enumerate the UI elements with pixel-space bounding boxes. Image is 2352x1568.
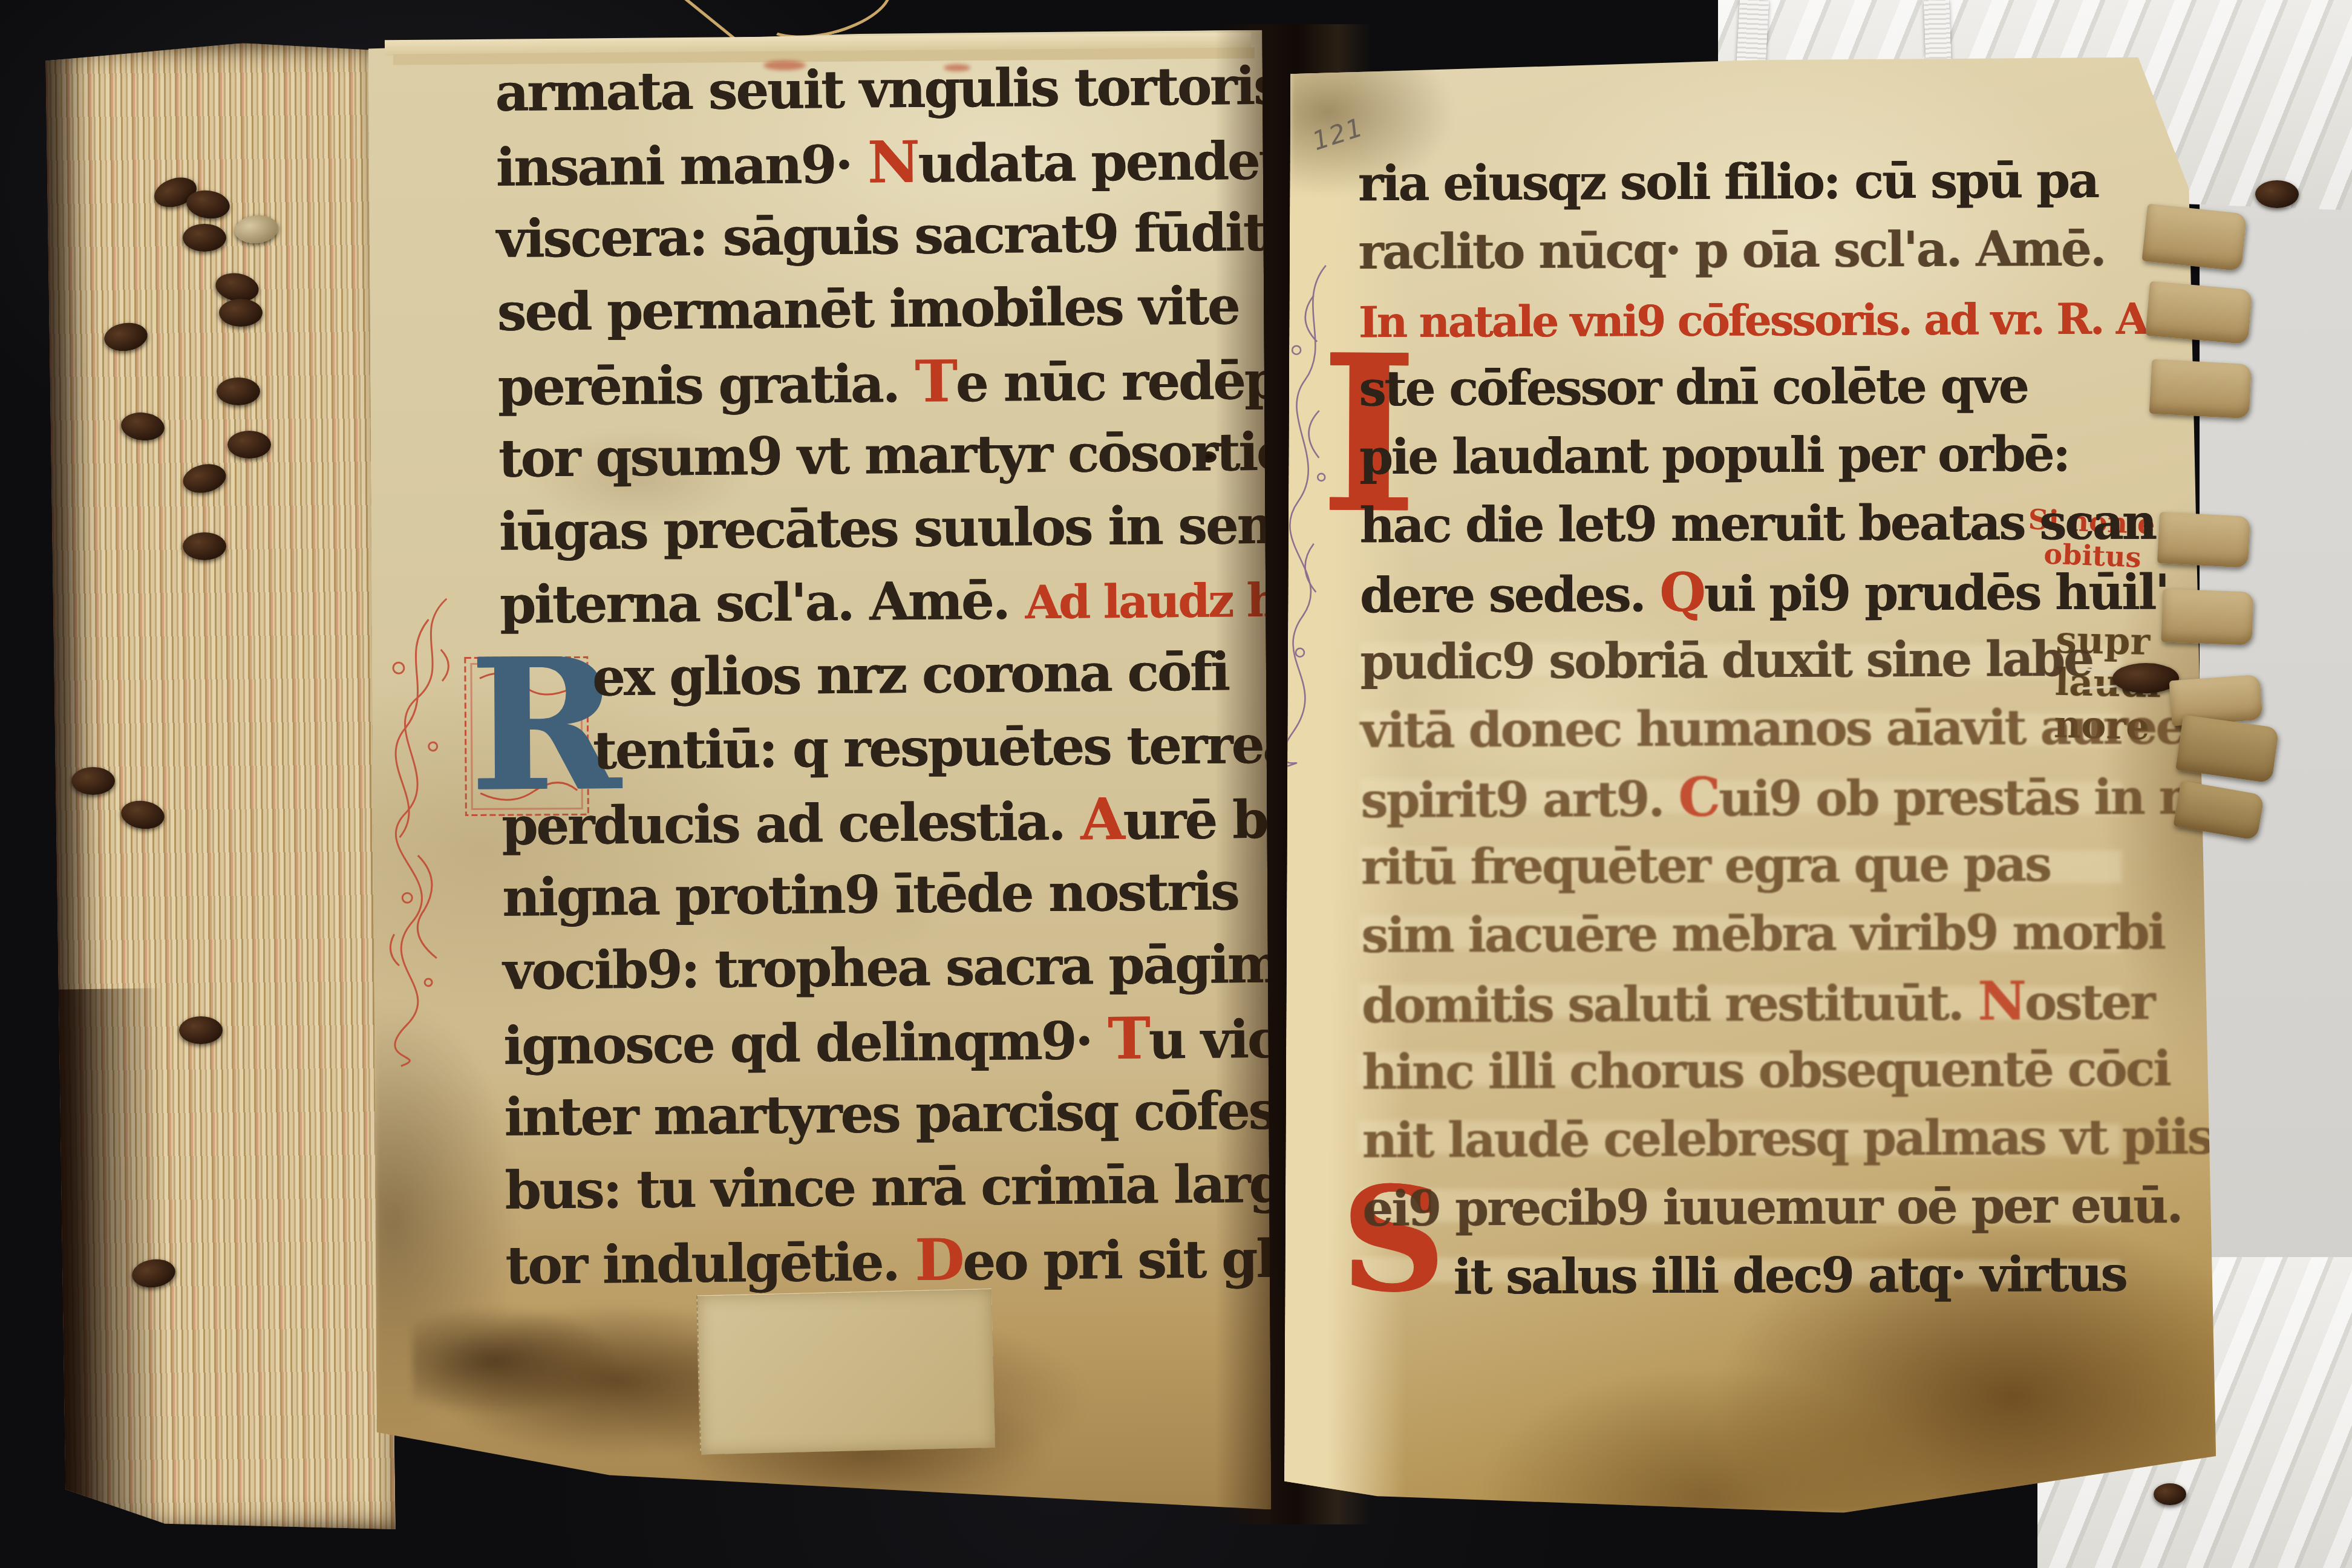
line-text: pie laudant populi per orbē:	[1359, 425, 2069, 485]
line-text: tentiū: q respuētes terrea	[593, 714, 1295, 781]
line-text: ritū frequēter egra que pas	[1361, 835, 2051, 895]
rubricated-initial: N	[867, 129, 918, 197]
text-line: sim iacuēre mēbra virib9 morbi	[1361, 898, 2166, 970]
line-pre: domitis saluti restituūt.	[1362, 975, 1978, 1034]
text-line: hac die let9 meruit beatas scan	[1359, 488, 2164, 560]
line-text: nit laudē celebresq palmas vt piis	[1362, 1108, 2213, 1169]
rubricated-initial: A	[1080, 786, 1123, 854]
red-edge-stain	[763, 60, 806, 70]
line-text: tor qsum9 vt martyr cōsortio:	[498, 421, 1307, 489]
line-pre: dere sedes.	[1360, 566, 1660, 624]
text-line: nit laudē celebresq palmas vt piis	[1362, 1103, 2166, 1175]
text-line: ignosce qd delinqm9· Tu vicis	[503, 1001, 1248, 1081]
leather-knot-tab	[183, 532, 226, 560]
line-text: sim iacuēre mēbra virib9 morbi	[1361, 903, 2164, 964]
text-line: pie laudant populi per orbē:	[1359, 419, 2164, 491]
text-line: insani man9· Nudata pendet	[495, 123, 1240, 203]
leather-knot-tab	[71, 767, 115, 795]
text-line: sed permanēt imobiles vite	[497, 269, 1241, 349]
line-text: nigna protin9 ītēde nostris	[502, 861, 1238, 929]
line-pre: ignosce qd delinqm9·	[503, 1010, 1108, 1077]
red-penwork-filigree	[374, 595, 469, 1068]
right-text-block: ria eiusqz soli filio: cū spū pa raclito…	[1358, 146, 2167, 1312]
line-text: vitā donec humanos aīavit auree	[1361, 698, 2185, 759]
index-tab	[2141, 204, 2247, 272]
line-text: ei9 precib9 iuuemur oē per euū.	[1362, 1177, 2181, 1237]
leather-knot-tab	[183, 224, 226, 252]
line-text: hinc illi chorus obsequentē cōci	[1362, 1040, 2170, 1100]
text-line: piterna scl'a. Amē. Ad laudz hy9·	[499, 562, 1244, 642]
line-text: raclito nūcq· p oīa scl'a. Amē.	[1358, 220, 2105, 280]
line-pre: perducis ad celestia.	[501, 791, 1081, 857]
leather-knot-tab	[2154, 1483, 2186, 1505]
line-text: pudic9 sobriā duxit sine labe	[1360, 630, 2092, 690]
line-text: ex glios nrz corona cōfi	[592, 641, 1229, 708]
left-text-block: armata seuit vngulis tortoris insani man…	[495, 50, 1250, 1301]
red-edge-stain	[944, 64, 970, 71]
text-line: domitis saluti restituūt. Noster	[1361, 966, 2166, 1038]
text-line: iūgas precātes suulos in sem	[498, 489, 1243, 569]
text-line: inter martyres parcisq cōfessori	[504, 1074, 1249, 1154]
text-line: spirit9 art9. Cui9 ob prestās in me	[1361, 761, 2165, 833]
line-pre: insani man9·	[495, 134, 867, 198]
text-line: vocib9: trophea sacra pāgim9:	[503, 928, 1247, 1008]
text-line: ex glios nrz corona cōfi	[500, 635, 1245, 715]
text-line: ritū frequēter egra que pas	[1361, 829, 2166, 901]
text-line: ei9 precib9 iuuemur oē per euū.	[1362, 1171, 2167, 1243]
text-line: it salus illi dec9 atq· virtus	[1362, 1240, 2167, 1312]
line-text: iūgas precātes suulos in sem	[498, 494, 1290, 562]
text-line: perēnis gratia. Te nūc redēp	[497, 342, 1242, 422]
leather-knot-tab	[219, 299, 263, 327]
leather-knot-tab	[179, 1016, 223, 1044]
line-text: ste cōfessor dnī colēte qve	[1359, 357, 2028, 417]
rubricated-initial: N	[1978, 969, 2025, 1032]
text-line: viscera: sāguis sacrat9 fūdit:	[496, 196, 1241, 276]
text-line: hinc illi chorus obsequentē cōci	[1362, 1034, 2166, 1106]
index-tab	[2149, 359, 2252, 419]
rubricated-initial: C	[1678, 766, 1719, 829]
line-pre: tor indulgētie.	[505, 1232, 915, 1296]
repair-patch	[696, 1289, 995, 1454]
text-line: pudic9 sobriā duxit sine labe	[1360, 624, 2164, 696]
rubricated-initial: T	[915, 348, 956, 416]
rubricated-initial: T	[1108, 1005, 1149, 1073]
line-text: vocib9: trophea sacra pāgim9:	[503, 933, 1333, 1002]
text-line: tor indulgētie. Deo pri sit glo	[505, 1221, 1250, 1301]
line-text: ui9 ob prestās in me	[1719, 768, 2237, 828]
manuscript-photo: R armata seuit vngulis tortoris insani m…	[0, 0, 2352, 1568]
index-tab	[2145, 281, 2252, 344]
text-line: ste cōfessor dnī colēte qve	[1359, 351, 2163, 423]
text-line: In natale vni9 cōfessoris. ad vr. R. A. …	[1359, 283, 2163, 354]
line-text: ria eiusqz soli filio: cū spū pa	[1358, 152, 2098, 212]
line-text: armata seuit vngulis tortoris	[495, 56, 1281, 123]
text-line: tor qsum9 vt martyr cōsortio:	[498, 416, 1243, 495]
leather-knot-tab	[2255, 180, 2299, 208]
line-pre: spirit9 art9.	[1361, 771, 1678, 829]
line-pre: piterna scl'a. Amē.	[500, 570, 1025, 636]
rubricated-initial: Q	[1659, 561, 1704, 624]
text-line: bus: tu vince nrā crimīa largi	[505, 1148, 1249, 1227]
text-line: perducis ad celestia. Aurē be	[501, 782, 1246, 861]
text-line: nigna protin9 ītēde nostris	[502, 855, 1247, 935]
index-tab	[2161, 589, 2254, 645]
rubric: In natale vni9 cōfessoris. ad vr. R. A. …	[1359, 293, 2266, 348]
text-line: dere sedes. Qui pi9 prudēs hūil'	[1360, 556, 2164, 628]
text-line: tentiū: q respuētes terrea	[501, 708, 1246, 788]
text-line: ria eiusqz soli filio: cū spū pa	[1358, 146, 2163, 218]
index-tab	[2157, 512, 2250, 568]
right-page: I S 121 Si non e obitus supr laudi nore …	[1284, 54, 2222, 1515]
line-text: viscera: sāguis sacrat9 fūdit:	[496, 202, 1282, 270]
text-line: raclito nūcq· p oīa scl'a. Amē.	[1358, 214, 2163, 286]
rubricated-initial: D	[915, 1226, 963, 1294]
line-text: sed permanēt imobiles vite	[497, 275, 1238, 343]
line-text: oster	[2025, 973, 2154, 1031]
line-text: ui pi9 prudēs hūil'	[1704, 563, 2167, 622]
line-text: bus: tu vince nrā crimīa largi	[505, 1153, 1302, 1221]
line-pre: perēnis gratia.	[497, 353, 915, 418]
leather-knot-tab	[217, 377, 260, 405]
left-page: R armata seuit vngulis tortoris insani m…	[368, 30, 1272, 1515]
text-line: vitā donec humanos aīavit auree	[1361, 693, 2165, 765]
leather-knot-tab	[227, 431, 271, 459]
line-text: hac die let9 meruit beatas scan	[1359, 493, 2155, 554]
line-text: it salus illi dec9 atq· virtus	[1453, 1246, 2126, 1305]
